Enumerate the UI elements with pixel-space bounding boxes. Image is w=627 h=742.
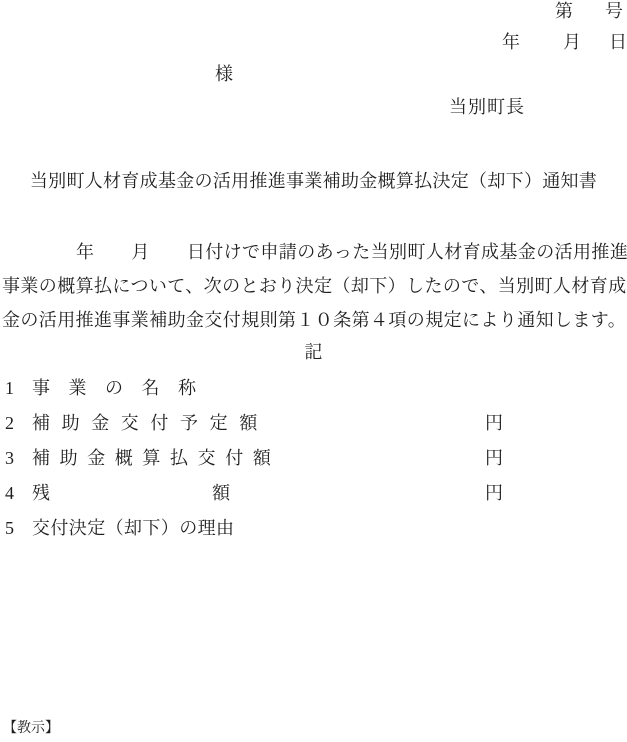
item-label: 事業の名称 (32, 371, 215, 406)
item-number: 2 (5, 406, 14, 441)
items-list: 1 事業の名称 2 補助金交付予定額 円 3 補助金概算払交付額 円 4 残額 … (0, 371, 627, 546)
doc-number-suffix: 号 (605, 2, 623, 20)
date-year-label: 年 (502, 33, 520, 51)
item-number: 3 (5, 441, 14, 476)
item-row: 5 交付決定（却下）の理由 (0, 511, 627, 546)
body-line-2: 事業の概算払について、次のとおり決定（却下）したので、当別町人材育成基 (2, 269, 627, 303)
body-line-1: 年月日付けで申請のあった当別町人材育成基金の活用推進 (2, 235, 627, 269)
body-line-1-rest: 日付けで申請のあった当別町人材育成基金の活用推進 (187, 235, 627, 269)
item-number: 4 (5, 476, 14, 511)
item-number: 5 (5, 511, 14, 546)
item-row: 2 補助金交付予定額 円 (0, 406, 627, 441)
item-unit: 円 (485, 441, 503, 476)
item-unit: 円 (485, 476, 503, 511)
item-label: 補助金概算払交付額 (32, 441, 280, 476)
item-row: 4 残額 円 (0, 476, 627, 511)
sender-name: 当別町長 (449, 98, 525, 116)
document-title: 当別町人材育成基金の活用推進事業補助金概算払決定（却下）通知書 (0, 172, 627, 190)
footnote-note: 【教示】 (3, 721, 59, 736)
item-unit: 円 (485, 406, 503, 441)
item-row: 3 補助金概算払交付額 円 (0, 441, 627, 476)
doc-number-prefix: 第 (555, 2, 573, 20)
date-day-label: 日 (609, 33, 627, 51)
body-year-label: 年 (76, 242, 94, 262)
date-month-label: 月 (563, 33, 581, 51)
item-label: 補助金交付予定額 (32, 406, 269, 441)
body-line-3: 金の活用推進事業補助金交付規則第１０条第４項の規定により通知します。 (2, 303, 627, 337)
item-row: 1 事業の名称 (0, 371, 627, 406)
item-number: 1 (5, 371, 14, 406)
body-month-label: 月 (131, 235, 149, 269)
body-paragraph: 年月日付けで申請のあった当別町人材育成基金の活用推進 事業の概算払について、次の… (2, 235, 627, 337)
document-page: 第 号 年 月 日 様 当別町長 当別町人材育成基金の活用推進事業補助金概算払決… (0, 0, 627, 742)
addressee-suffix: 様 (215, 65, 233, 83)
item-label: 交付決定（却下）の理由 (32, 511, 234, 546)
item-label: 残額 (32, 476, 392, 511)
record-marker: 記 (0, 343, 627, 361)
